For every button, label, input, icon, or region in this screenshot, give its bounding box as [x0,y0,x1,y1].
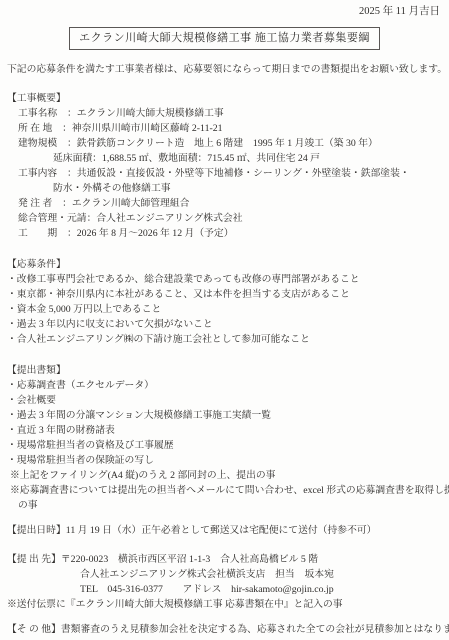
condition-item: ・過去 3 年以内に収支において欠損がないこと [7,317,442,332]
document-note-survey-wrap: の事 [7,498,442,513]
document-note-survey: ※応募調査書については提出先の担当者へメールにて問い合わせ、excel 形式の応… [7,483,442,498]
condition-item: ・合人社エンジニアリング㈱の下請け施工会社として参加可能なこと [7,332,442,347]
document-item: ・直近 3 年間の財務諸表 [7,423,442,438]
overview-line-content: 工事内容 ：共通仮設・直接仮設・外壁等下地補修・シーリング・外壁塗装・鉄部塗装・ [7,166,442,181]
overview-line-location: 所 在 地 ：神奈川県川崎市川崎区藤崎 2-11-21 [7,121,442,136]
document-item: ・現場常駐担当者の保険証の写し [7,453,442,468]
section-overview: 【工事概要】 工事名称 ：エクラン川崎大師大規模修繕工事 所 在 地 ：神奈川県… [7,91,442,241]
document-title: エクラン川崎大師大規模修繕工事 施工協力業者募集要綱 [69,27,380,50]
deadline-line: 【提出日時】11 月 19 日（水）正午必着として郵送又は宅配便にて送付（持参不… [7,523,442,538]
intro-text: 下記の応募条件を満たす工事業者様は、応募要領にならって期日までの書類提出をお願い… [7,62,442,77]
other-line: 【そ の 他】書類審査のうえ見積参加会社を決定する為、応募された全ての会社が見積… [7,622,442,637]
conditions-heading: 【応募条件】 [7,257,442,272]
overview-line-scale: 建物規模 ：鉄骨鉄筋コンクリート造 地上 6 階建 1995 年 1 月竣工（築… [7,136,442,151]
destination-address: 【提 出 先】〒220-0023 横浜市西区平沼 1-1-3 合人社高島橋ビル … [7,552,442,567]
document-date: 2025 年 11 月吉日 [7,4,442,19]
documents-heading: 【提出書類】 [7,363,442,378]
destination-company: 合人社エンジニアリング株式会社横浜支店 担当 坂本宛 [7,567,442,582]
overview-line-management: 総合管理・元請：合人社エンジニアリング株式会社 [7,211,442,226]
overview-line-name: 工事名称 ：エクラン川崎大師大規模修繕工事 [7,106,442,121]
overview-line-orderer: 発 注 者 ：エクラン川崎大師管理組合 [7,196,442,211]
overview-line-area: 延床面積：1,688.55 ㎡、敷地面積：715.45 ㎡、共同住宅 24 戸 [7,151,442,166]
section-conditions: 【応募条件】 ・改修工事専門会社であるか、総合建設業であっても改修の専門部署があ… [7,257,442,347]
section-documents: 【提出書類】 ・応募調査書（エクセルデータ） ・会社概要 ・過去 3 年間の分譲… [7,363,442,513]
condition-item: ・改修工事専門会社であるか、総合建設業であっても改修の専門部署があること [7,272,442,287]
condition-item: ・東京都・神奈川県内に本社があること、又は本件を担当する支店があること [7,287,442,302]
document-item: ・現場常駐担当者の資格及び工事履歴 [7,438,442,453]
document-page: 2025 年 11 月吉日 エクラン川崎大師大規模修繕工事 施工協力業者募集要綱… [0,0,449,640]
condition-item: ・資本金 5,000 万円以上であること [7,302,442,317]
destination-shipping-note: ※送付伝票に『エクラン川崎大師大規模修繕工事 応募書類在中』と記入の事 [7,597,442,612]
title-row: エクラン川崎大師大規模修繕工事 施工協力業者募集要綱 [7,27,442,50]
overview-line-period: 工 期 ：2026 年 8 月～2026 年 12 月（予定） [7,226,442,241]
document-note-filing: ※上記をファイリング(A4 縦)のうえ 2 部同封の上、提出の事 [7,468,442,483]
document-item: ・過去 3 年間の分譲マンション大規模修繕工事施工実績一覧 [7,408,442,423]
overview-line-content2: 防水・外構その他修繕工事 [7,181,442,196]
destination-contact: TEL 045-316-0377 アドレス hir-sakamoto@gojin… [7,582,442,597]
document-item: ・会社概要 [7,393,442,408]
section-destination: 【提 出 先】〒220-0023 横浜市西区平沼 1-1-3 合人社高島橋ビル … [7,552,442,612]
document-item: ・応募調査書（エクセルデータ） [7,378,442,393]
overview-heading: 【工事概要】 [7,91,442,106]
